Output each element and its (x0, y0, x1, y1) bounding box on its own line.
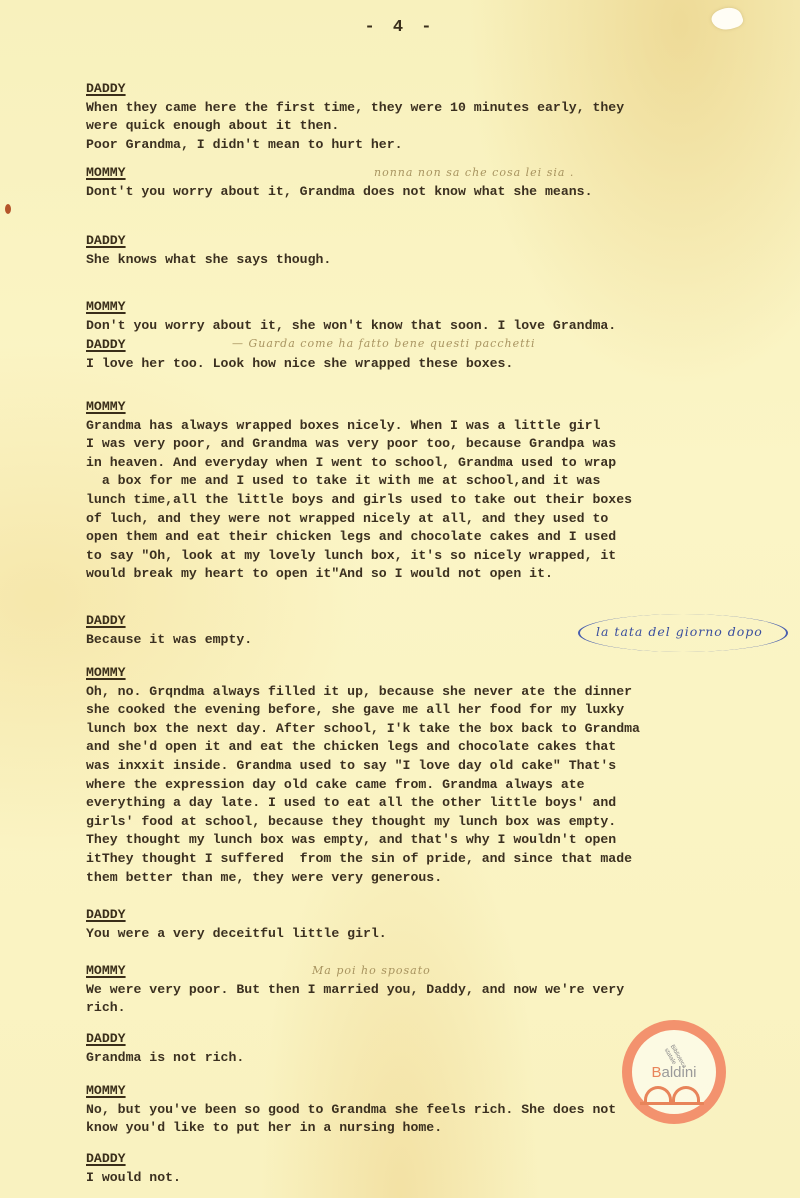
dialogue-line: I would not. (86, 1169, 786, 1188)
dialogue-line: of luch, and they were not wrapped nicel… (86, 510, 786, 529)
dialogue-line: I love her too. Look how nice she wrappe… (86, 355, 786, 374)
dialogue-line: in heaven. And everyday when I went to s… (86, 454, 786, 473)
speaker-name: MOMMY (86, 298, 126, 317)
dialogue-block: MOMMYWe were very poor. But then I marri… (86, 962, 786, 1018)
dialogue-line: They thought my lunch box was empty, and… (86, 831, 786, 850)
dialogue-block: DADDYShe knows what she says though. (86, 232, 786, 269)
dialogue-line: she cooked the evening before, she gave … (86, 701, 786, 720)
dialogue-line: were quick enough about it then. (86, 117, 786, 136)
dialogue-line: We were very poor. But then I married yo… (86, 981, 786, 1000)
dialogue-block: MOMMYGrandma has always wrapped boxes ni… (86, 398, 786, 584)
ink-spot (5, 204, 11, 214)
speaker-name: DADDY (86, 336, 126, 355)
speaker-name: DADDY (86, 232, 126, 251)
dialogue-line: everything a day late. I used to eat all… (86, 794, 786, 813)
speaker-name: MOMMY (86, 664, 126, 683)
stamp-name: Baldini (632, 1064, 716, 1081)
handwritten-note: nonna non sa che cosa lei sia . (374, 166, 574, 179)
dialogue-line: open them and eat their chicken legs and… (86, 528, 786, 547)
dialogue-block: MOMMYOh, no. Grqndma always filled it up… (86, 664, 786, 887)
speaker-name: MOMMY (86, 1082, 126, 1101)
dialogue-line: them better than me, they were very gene… (86, 869, 786, 888)
stamp-logo-icon (644, 1086, 704, 1104)
dialogue-line: I was very poor, and Grandma was very po… (86, 435, 786, 454)
dialogue-line: Poor Grandma, I didn't mean to hurt her. (86, 136, 786, 155)
handwritten-note-blue: la tata del giorno dopo (596, 624, 763, 639)
dialogue-line: rich. (86, 999, 786, 1018)
dialogue-line: Don't you worry about it, she won't know… (86, 317, 786, 336)
speaker-name: DADDY (86, 906, 126, 925)
dialogue-line: would break my heart to open it"And so I… (86, 565, 786, 584)
handwritten-note: Ma poi ho sposato (312, 964, 431, 977)
dialogue-line: lunch time,all the little boys and girls… (86, 491, 786, 510)
dialogue-line: She knows what she says though. (86, 251, 786, 270)
dialogue-block: DADDYYou were a very deceitful little gi… (86, 906, 786, 943)
dialogue-line: lunch box the next day. After school, I'… (86, 720, 786, 739)
library-stamp: Biblioteca statale Baldini (622, 1020, 726, 1124)
dialogue-line: where the expression day old cake came f… (86, 776, 786, 795)
dialogue-line: a box for me and I used to take it with … (86, 472, 786, 491)
handwritten-note: — Guarda come ha fatto bene questi pacch… (232, 337, 535, 350)
speaker-name: MOMMY (86, 962, 126, 981)
dialogue-line: girls' food at school, because they thou… (86, 813, 786, 832)
dialogue-line: Oh, no. Grqndma always filled it up, bec… (86, 683, 786, 702)
dialogue-line: itThey thought I suffered from the sin o… (86, 850, 786, 869)
dialogue-line: was inxxit inside. Grandma used to say "… (86, 757, 786, 776)
dialogue-line: When they came here the first time, they… (86, 99, 786, 118)
dialogue-line: Grandma has always wrapped boxes nicely.… (86, 417, 786, 436)
page-number: - 4 - (0, 18, 800, 37)
scanned-page: - 4 - DADDYWhen they came here the first… (0, 0, 800, 1198)
speaker-name: MOMMY (86, 398, 126, 417)
speaker-name: DADDY (86, 80, 126, 99)
dialogue-line: Dont't you worry about it, Grandma does … (86, 183, 786, 202)
speaker-name: MOMMY (86, 164, 126, 183)
dialogue-block: DADDYI would not. (86, 1150, 786, 1187)
dialogue-line: You were a very deceitful little girl. (86, 925, 786, 944)
dialogue-line: to say "Oh, look at my lovely lunch box,… (86, 547, 786, 566)
speaker-name: DADDY (86, 1030, 126, 1049)
dialogue-line: and she'd open it and eat the chicken le… (86, 738, 786, 757)
speaker-name: DADDY (86, 612, 126, 631)
dialogue-block: DADDYWhen they came here the first time,… (86, 80, 786, 154)
dialogue-block: MOMMYDon't you worry about it, she won't… (86, 298, 786, 335)
speaker-name: DADDY (86, 1150, 126, 1169)
